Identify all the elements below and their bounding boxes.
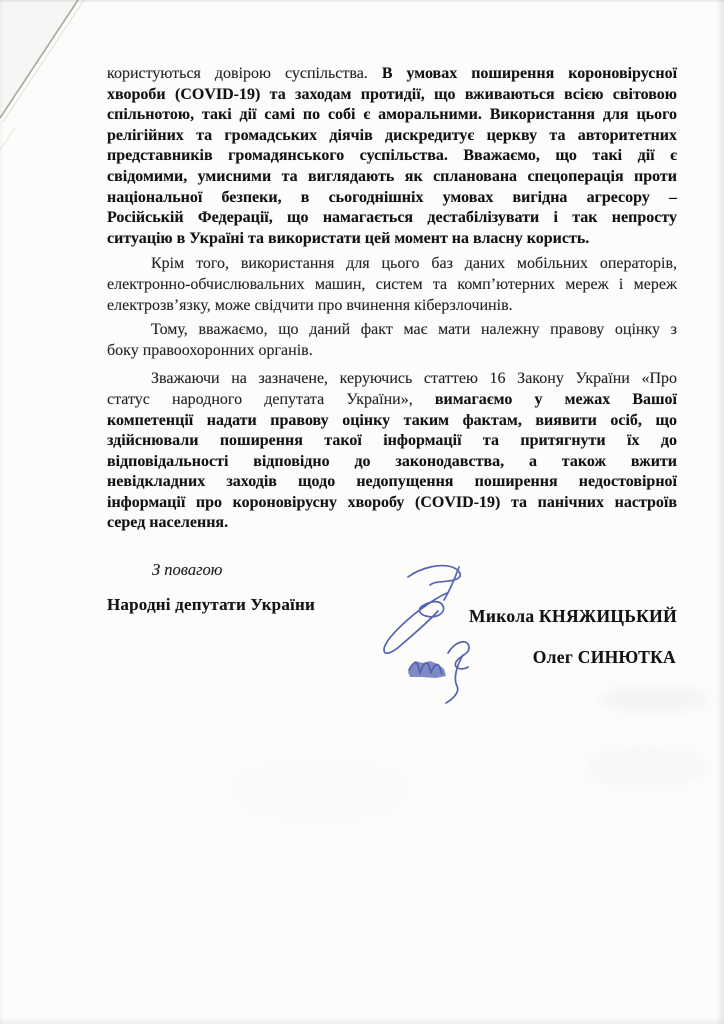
text-line: серед населення. (107, 513, 677, 534)
text-line: національної безпеки, в сьогоднішніх умо… (107, 188, 677, 209)
salutation: З повагою (152, 560, 677, 580)
scan-edge-shadow-left (0, 0, 4, 1024)
paragraph: Тому, вважаємо, що даний факт має мати н… (107, 320, 677, 361)
text-line: здійснювали поширення такої інформації т… (107, 431, 677, 452)
text-line: хвороби (COVID-19) та заходам протидії, … (107, 85, 677, 106)
letter-content: користуються довірою суспільства. В умов… (107, 64, 677, 615)
text-line: відповідальності відповідно до законодав… (107, 452, 677, 473)
text-line: релігійних та громадських діячів дискред… (107, 126, 677, 147)
text-line: Російській Федерації, що намагається дес… (107, 208, 677, 229)
text-line: свідомими, умисними та виглядають як спл… (107, 167, 677, 188)
paragraph: користуються довірою суспільства. В умов… (107, 64, 677, 249)
scan-edge-shadow-right (716, 0, 724, 1024)
scan-edge-shadow-top (0, 0, 724, 2)
scan-smudge (598, 686, 710, 712)
text-line: компетенції надати правову оцінку таким … (107, 411, 677, 432)
signer-name-syniutka: Олег СИНЮТКА (533, 647, 676, 668)
scan-smudge (230, 760, 410, 820)
text-line: ситуацію в Україні та використати цей мо… (107, 229, 677, 250)
text-line: боку правоохоронних органів. (107, 341, 677, 362)
document-body: користуються довірою суспільства. В умов… (107, 64, 677, 534)
scanned-letter-page: { "document": { "type": "scanned-officia… (0, 0, 724, 1024)
text-line: користуються довірою суспільства. В умов… (107, 64, 677, 85)
text-line: Тому, вважаємо, що даний факт має мати н… (107, 320, 677, 341)
text-line: спільнотою, такі дії самі по собі є амор… (107, 105, 677, 126)
paragraph: Зважаючи на зазначене, керуючись статтею… (107, 369, 677, 534)
text-line: інформації про короновірусну хворобу (CO… (107, 493, 677, 514)
signer-name-kniazhytskyi: Микола КНЯЖИЦЬКИЙ (469, 606, 677, 627)
text-line: електрозв’язку, може свідчити про вчинен… (107, 296, 677, 317)
scan-edge-shadow-bottom (0, 1017, 724, 1024)
text-line: електронно-обчислювальних машин, систем … (107, 275, 677, 296)
paragraph: Крім того, використання для цього баз да… (107, 254, 677, 316)
text-line: Крім того, використання для цього баз да… (107, 254, 677, 275)
text-line: статус народного депутата України», вима… (107, 390, 677, 411)
text-line: Зважаючи на зазначене, керуючись статтею… (107, 369, 677, 390)
text-line: представників громадянського суспільства… (107, 146, 677, 167)
scan-smudge (584, 746, 708, 788)
text-line: невідкладних заходів щодо недопущення по… (107, 472, 677, 493)
